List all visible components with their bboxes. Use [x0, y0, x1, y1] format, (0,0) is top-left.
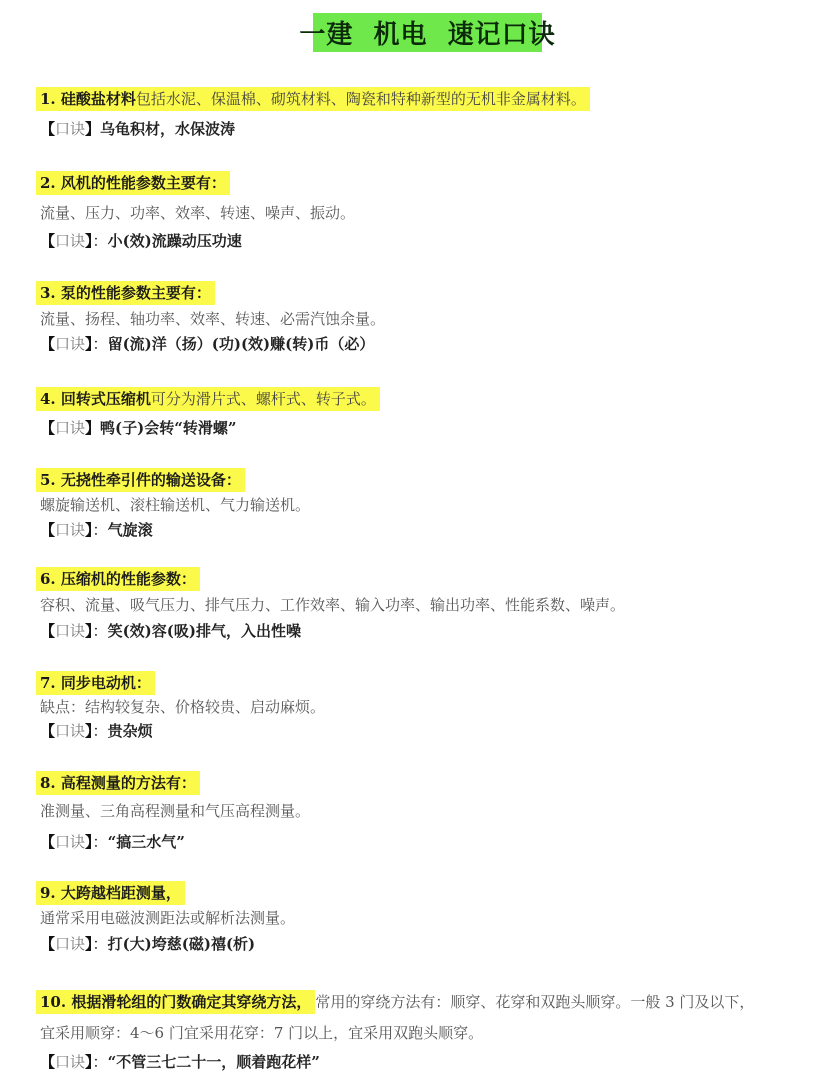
heading-bold: 1. 硅酸盐材料: [40, 90, 136, 108]
mnemonic-text: 留(流)洋（扬）(功)(效)赚(转)币（必）: [108, 335, 375, 353]
mnemonic-line: 【口诀】：贵杂烦: [40, 720, 153, 742]
section-heading: 5. 无挠性牵引件的输送设备：: [40, 469, 245, 491]
mnemonic-colon: ：: [93, 521, 108, 539]
mnemonic-line: 【口诀】：留(流)洋（扬）(功)(效)赚(转)币（必）: [40, 333, 374, 355]
section-heading: 9. 大跨越档距测量，: [40, 882, 185, 904]
mnemonic-line: 【口诀】：“不管三七二十一，顺着跑花样”: [40, 1051, 320, 1073]
mnemonic-text: 笑(效)容(吸)排气，入出性噪: [108, 622, 301, 640]
mnemonic-label: 口诀: [55, 722, 85, 740]
mnemonic-colon: ：: [93, 935, 108, 953]
mnemonic-colon: ：: [93, 1053, 108, 1071]
heading-bold: 2. 风机的性能参数主要有：: [40, 174, 226, 192]
heading-bold: 5. 无挠性牵引件的输送设备：: [40, 471, 241, 489]
mnemonic-text: “搞三水气”: [108, 833, 185, 851]
mnemonic-label: 口诀: [55, 1053, 85, 1071]
mnemonic-text: 小(效)流躁动压功速: [108, 232, 242, 250]
mnemonic-colon: ：: [93, 722, 108, 740]
page-title: 一建 机电 速记口诀: [313, 13, 542, 52]
mnemonic-text: 乌龟积材，水保波涛: [100, 120, 235, 138]
section-body: 准测量、三角高程测量和气压高程测量。: [40, 800, 310, 822]
section-body: 流量、扬程、轴功率、效率、转速、必需汽蚀余量。: [40, 308, 385, 330]
section-body: 螺旋输送机、滚柱输送机、气力输送机。: [40, 494, 310, 516]
mnemonic-line: 【口诀】乌龟积材，水保波涛: [40, 118, 235, 140]
mnemonic-label: 口诀: [55, 419, 85, 437]
mnemonic-label: 口诀: [55, 622, 85, 640]
mnemonic-label: 口诀: [55, 935, 85, 953]
mnemonic-colon: ：: [93, 833, 108, 851]
heading-bold: 4. 回转式压缩机: [40, 390, 151, 408]
mnemonic-text: 打(大)垮慈(磁)禧(析): [108, 935, 256, 953]
mnemonic-line: 【口诀】：笑(效)容(吸)排气，入出性噪: [40, 620, 301, 642]
section-heading: 4. 回转式压缩机可分为滑片式、螺杆式、转子式。: [40, 388, 380, 410]
heading-bold: 8. 高程测量的方法有：: [40, 774, 196, 792]
heading-bold: 3. 泵的性能参数主要有：: [40, 284, 211, 302]
mnemonic-text: 贵杂烦: [108, 722, 153, 740]
section-body: 缺点：结构较复杂、价格较贵、启动麻烦。: [40, 696, 325, 718]
section-heading: 7. 同步电动机：: [40, 672, 155, 694]
heading-continuation: 常用的穿绕方法有：顺穿、花穿和双跑头顺穿。一般 3 门及以下，: [315, 993, 754, 1011]
section-heading: 3. 泵的性能参数主要有：: [40, 282, 215, 304]
mnemonic-colon: ：: [93, 335, 108, 353]
section-heading: 2. 风机的性能参数主要有：: [40, 172, 230, 194]
section-heading: 6. 压缩机的性能参数：: [40, 568, 200, 590]
section-body: 宜采用顺穿：4～6 门宜采用花穿：7 门以上，宜采用双跑头顺穿。: [40, 1022, 483, 1044]
mnemonic-line: 【口诀】：打(大)垮慈(磁)禧(析): [40, 933, 255, 955]
heading-bold: 6. 压缩机的性能参数：: [40, 570, 196, 588]
mnemonic-label: 口诀: [55, 521, 85, 539]
mnemonic-label: 口诀: [55, 833, 85, 851]
mnemonic-text: “不管三七二十一，顺着跑花样”: [108, 1053, 320, 1071]
heading-bold: 10. 根据滑轮组的门数确定其穿绕方法，: [40, 993, 311, 1011]
mnemonic-line: 【口诀】：小(效)流躁动压功速: [40, 230, 242, 252]
mnemonic-line: 【口诀】：“搞三水气”: [40, 831, 185, 853]
mnemonic-line: 【口诀】：气旋滚: [40, 519, 153, 541]
heading-rest: 可分为滑片式、螺杆式、转子式。: [151, 390, 376, 408]
mnemonic-label: 口诀: [55, 120, 85, 138]
heading-rest: 包括水泥、保温棉、砌筑材料、陶瓷和特种新型的无机非金属材料。: [136, 90, 586, 108]
mnemonic-colon: ：: [93, 622, 108, 640]
heading-bold: 7. 同步电动机：: [40, 674, 151, 692]
section-heading: 8. 高程测量的方法有：: [40, 772, 200, 794]
mnemonic-line: 【口诀】鸭(子)会转“转滑螺”: [40, 417, 237, 439]
mnemonic-text: 气旋滚: [108, 521, 153, 539]
mnemonic-colon: ：: [93, 232, 108, 250]
section-body: 容积、流量、吸气压力、排气压力、工作效率、输入功率、输出功率、性能系数、噪声。: [40, 594, 625, 616]
section-body: 通常采用电磁波测距法或解析法测量。: [40, 907, 295, 929]
section-heading: 10. 根据滑轮组的门数确定其穿绕方法，常用的穿绕方法有：顺穿、花穿和双跑头顺穿…: [40, 991, 754, 1013]
section-heading: 1. 硅酸盐材料包括水泥、保温棉、砌筑材料、陶瓷和特种新型的无机非金属材料。: [40, 88, 590, 110]
heading-bold: 9. 大跨越档距测量，: [40, 884, 181, 902]
mnemonic-text: 鸭(子)会转“转滑螺”: [100, 419, 236, 437]
mnemonic-label: 口诀: [55, 232, 85, 250]
mnemonic-label: 口诀: [55, 335, 85, 353]
section-body: 流量、压力、功率、效率、转速、噪声、振动。: [40, 202, 355, 224]
